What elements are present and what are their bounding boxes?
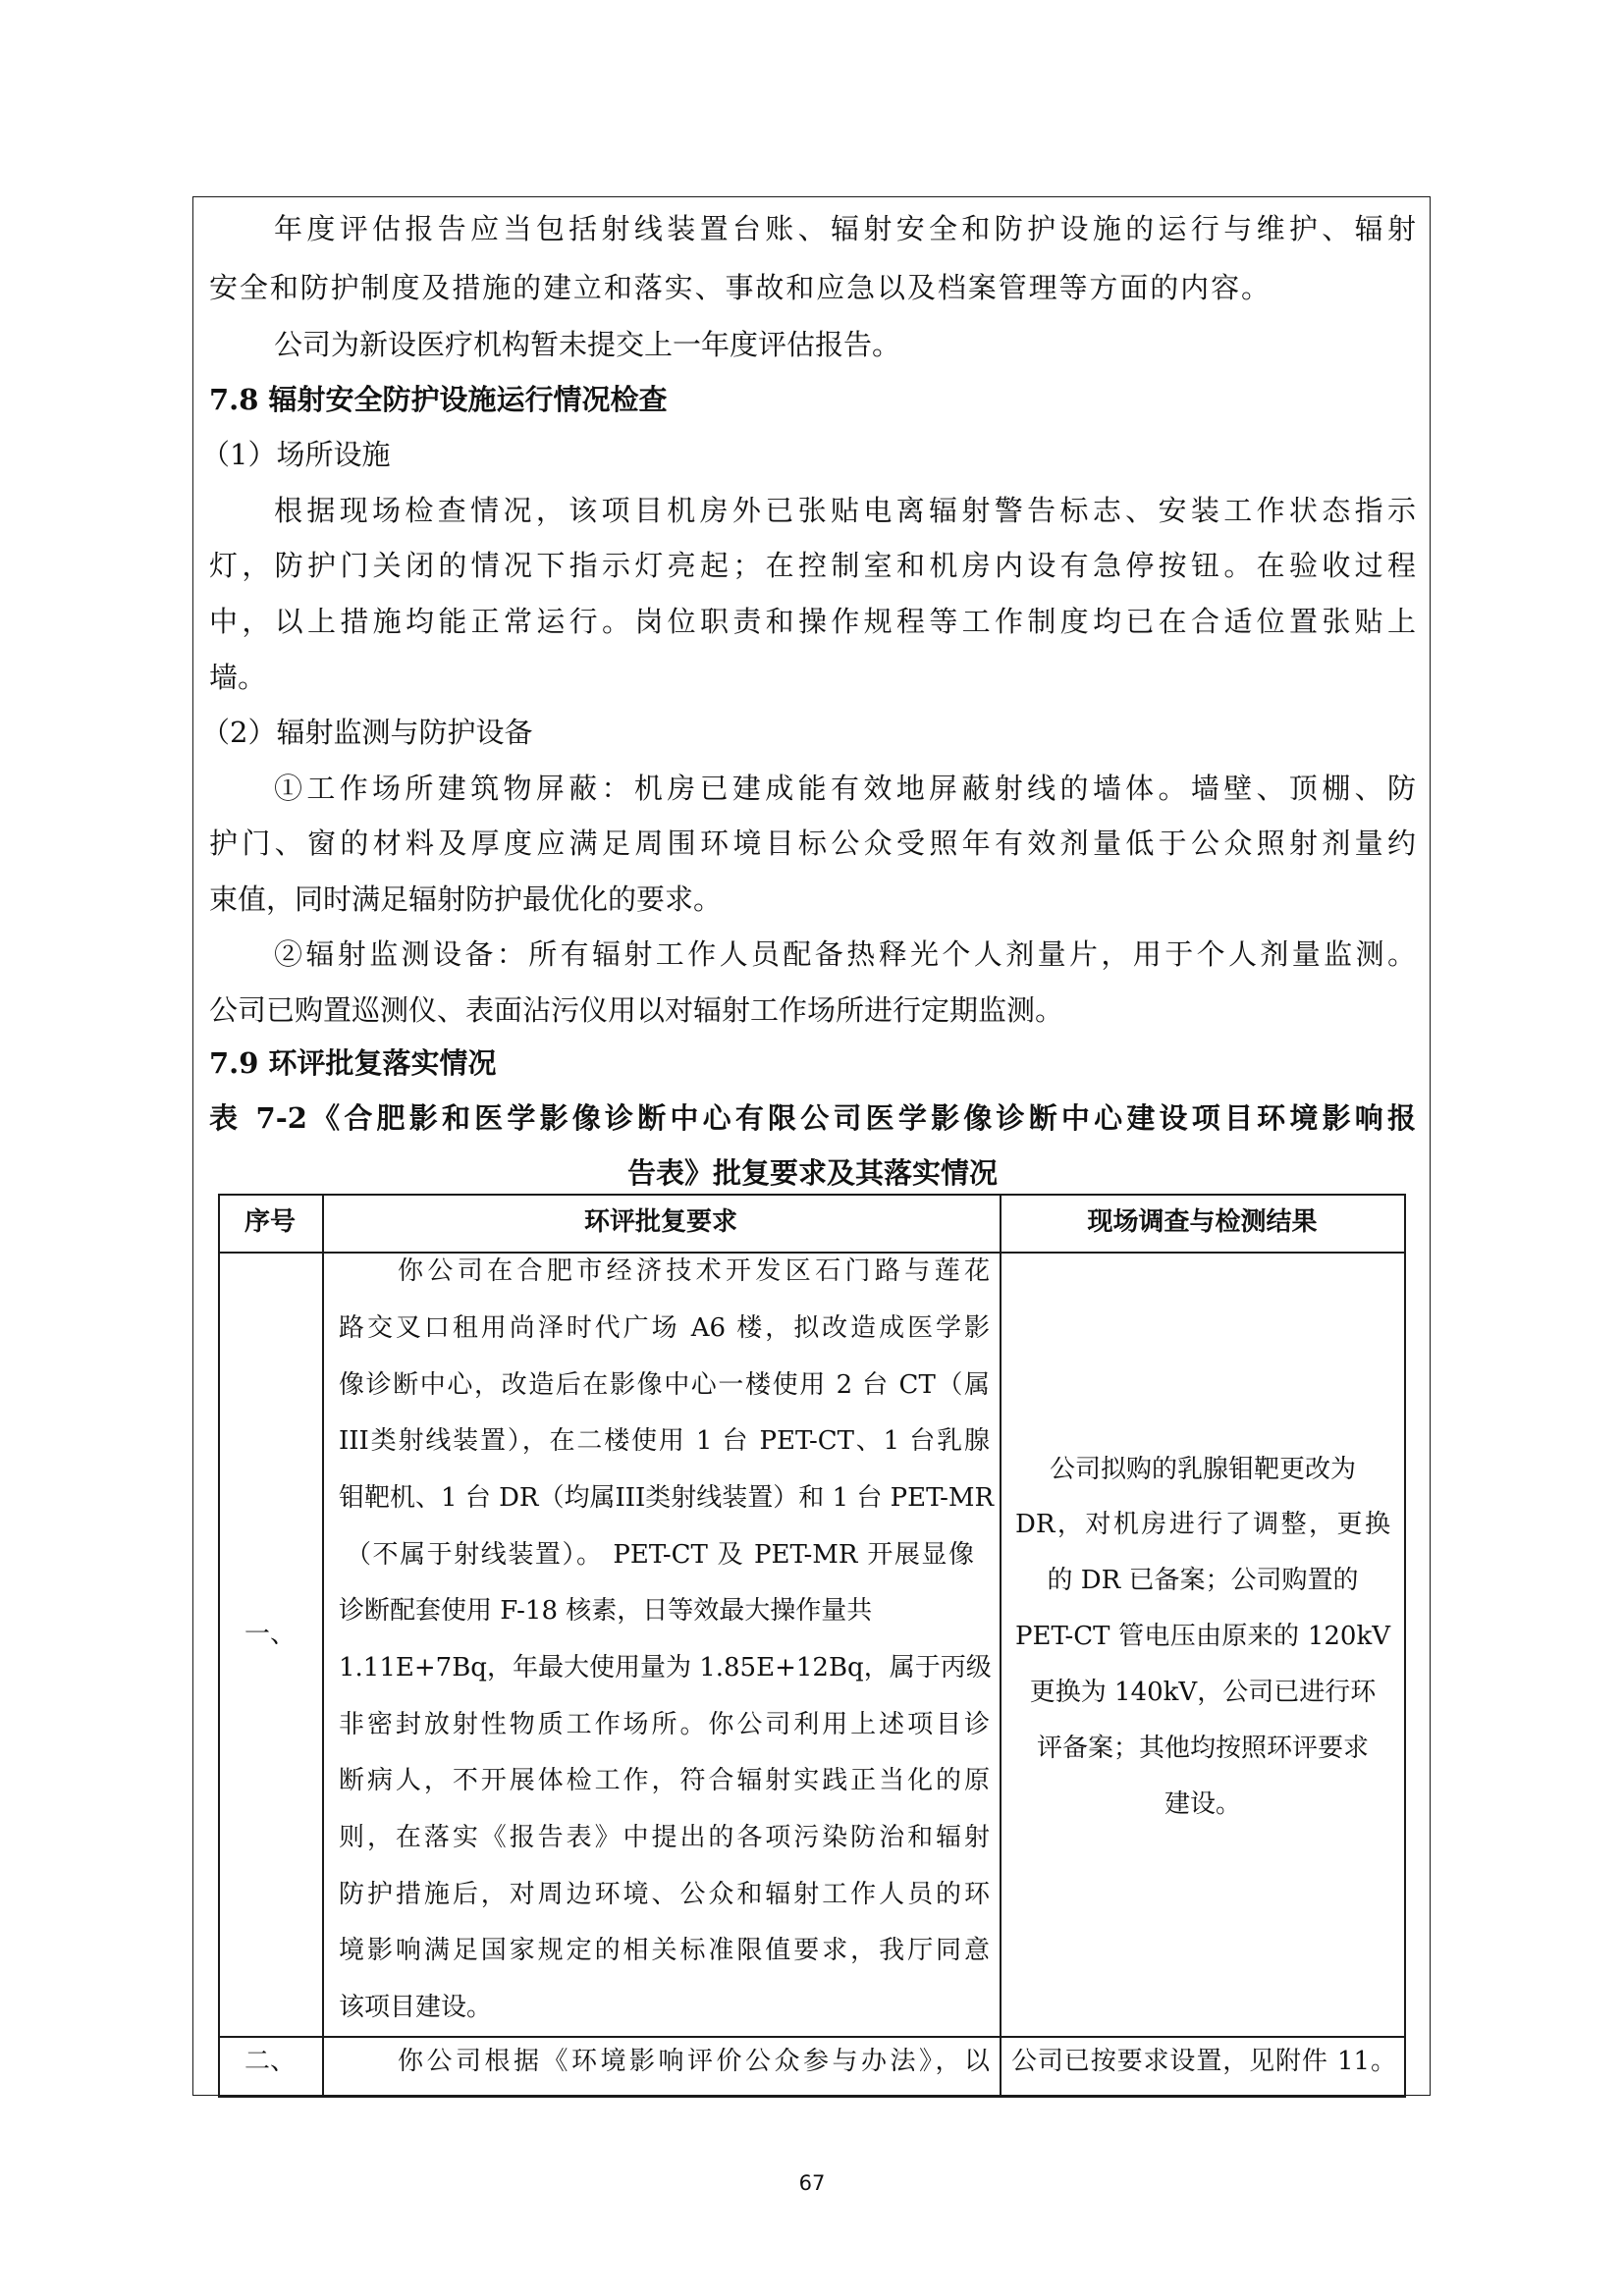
- table-header-result: 现场调查与检测结果: [1000, 1194, 1405, 1252]
- row-1-result-line-6: 评备案；其他均按照环评要求: [1011, 1731, 1394, 1766]
- row-2-requirement-line-1: 你公司根据《环境影响评价公众参与办法》，以: [398, 2044, 990, 2079]
- row-1-requirement-line-1: 你公司在合肥市经济技术开发区石门路与莲花: [398, 1254, 990, 1289]
- row-1-requirement-line-14: 该项目建设。: [339, 1990, 492, 2025]
- section-7-8-heading: 7.8 辐射安全防护设施运行情况检查: [209, 380, 668, 419]
- row-1-requirement-line-6: （不属于射线装置）。 PET-CT 及 PET-MR 开展显像: [346, 1537, 974, 1573]
- row-1-requirement-line-12: 防护措施后，对周边环境、公众和辐射工作人员的环: [339, 1877, 990, 1912]
- row-1-result-line-3: 的 DR 已备案；公司购置的: [1011, 1563, 1394, 1598]
- table-header-index: 序号: [218, 1194, 322, 1252]
- table-col-divider-1: [322, 1194, 324, 2097]
- table-caption-line-1: 表 7-2《合肥影和医学影像诊断中心有限公司医学影像诊断中心建设项目环境影响报: [209, 1098, 1416, 1138]
- row-1-result-line-4: PET-CT 管电压由原来的 120kV: [1015, 1619, 1390, 1654]
- table-right-border: [1404, 1194, 1406, 2097]
- row-1-requirement-line-10: 断病人，不开展体检工作，符合辐射实践正当化的原: [339, 1763, 990, 1798]
- row-1-index: 一、: [218, 1617, 322, 1652]
- row-1-requirement-line-5: 钼靶机、1 台 DR（均属III类射线装置）和 1 台 PET-MR: [339, 1480, 990, 1516]
- row-2-index: 二、: [218, 2044, 322, 2079]
- row-1-result-line-5: 更换为 140kV，公司已进行环: [1011, 1675, 1394, 1710]
- paragraph-annual-report-line-2: 安全和防护制度及措施的建立和落实、事故和应急以及档案管理等方面的内容。: [209, 268, 1270, 307]
- table-bottom-border: [218, 2095, 1406, 2098]
- paragraph-annual-report-line-1: 年度评估报告应当包括射线装置台账、辐射安全和防护设施的运行与维护、辐射: [274, 209, 1416, 248]
- row-2-result-line-1: 公司已按要求设置，见附件 11。: [1011, 2044, 1396, 2079]
- row-1-requirement-line-4: III类射线装置），在二楼使用 1 台 PET-CT、1 台乳腺: [339, 1423, 990, 1459]
- row-1-result-line-2: DR，对机房进行了调整，更换: [1015, 1507, 1390, 1542]
- row-1-requirement-line-13: 境影响满足国家规定的相关标准限值要求，我厅同意: [339, 1933, 990, 1968]
- sub1-paragraph-line-4: 墙。: [209, 658, 266, 697]
- sub1-heading: （1）场所设施: [201, 435, 390, 474]
- row-1-result-line-7: 建设。: [1011, 1787, 1394, 1822]
- sub2-item1-line-3: 束值，同时满足辐射防护最优化的要求。: [209, 880, 722, 919]
- row-1-requirement-line-2: 路交叉口租用尚泽时代广场 A6 楼，拟改造成医学影: [339, 1310, 990, 1346]
- page-number: 67: [763, 2171, 861, 2195]
- row-1-requirement-line-9: 非密封放射性物质工作场所。你公司利用上述项目诊: [339, 1707, 990, 1742]
- sub1-paragraph-line-2: 灯，防护门关闭的情况下指示灯亮起；在控制室和机房内设有急停按钮。在验收过程: [209, 546, 1416, 585]
- section-7-9-heading: 7.9 环评批复落实情况: [209, 1043, 497, 1083]
- row-1-requirement-line-8: 1.11E+7Bq，年最大使用量为 1.85E+12Bq，属于丙级: [339, 1650, 990, 1685]
- table-caption-line-2: 告表》批复要求及其落实情况: [209, 1153, 1416, 1193]
- row-1-result-line-1: 公司拟购的乳腺钼靶更改为: [1011, 1452, 1394, 1487]
- row-1-requirement-line-3: 像诊断中心，改造后在影像中心一楼使用 2 台 CT（属: [339, 1367, 990, 1403]
- sub2-item1-line-1: ①工作场所建筑物屏蔽：机房已建成能有效地屏蔽射线的墙体。墙壁、顶棚、防: [274, 769, 1416, 808]
- sub1-paragraph-line-3: 中，以上措施均能正常运行。岗位职责和操作规程等工作制度均已在合适位置张贴上: [209, 602, 1416, 641]
- table-header-requirement: 环评批复要求: [322, 1194, 1000, 1252]
- sub2-item2-line-1: ②辐射监测设备：所有辐射工作人员配备热释光个人剂量片，用于个人剂量监测。: [274, 934, 1416, 974]
- document-page: 年度评估报告应当包括射线装置台账、辐射安全和防护设施的运行与维护、辐射 安全和防…: [0, 0, 1624, 2296]
- sub2-item1-line-2: 护门、窗的材料及厚度应满足周围环境目标公众受照年有效剂量低于公众照射剂量约: [209, 824, 1416, 863]
- sub2-item2-line-2: 公司已购置巡测仪、表面沾污仪用以对辐射工作场所进行定期监测。: [209, 990, 1063, 1030]
- table-col-divider-2: [1000, 1194, 1001, 2097]
- sub2-heading: （2）辐射监测与防护设备: [201, 713, 532, 752]
- row-1-requirement-line-7: 诊断配套使用 F-18 核素，日等效最大操作量共: [339, 1593, 872, 1629]
- row-1-requirement-line-11: 则，在落实《报告表》中提出的各项污染防治和辐射: [339, 1820, 990, 1855]
- sub1-paragraph-line-1: 根据现场检查情况，该项目机房外已张贴电离辐射警告标志、安装工作状态指示: [274, 491, 1416, 530]
- table-row-border: [218, 2036, 1406, 2038]
- paragraph-not-submitted: 公司为新设医疗机构暂未提交上一年度评估报告。: [274, 325, 900, 364]
